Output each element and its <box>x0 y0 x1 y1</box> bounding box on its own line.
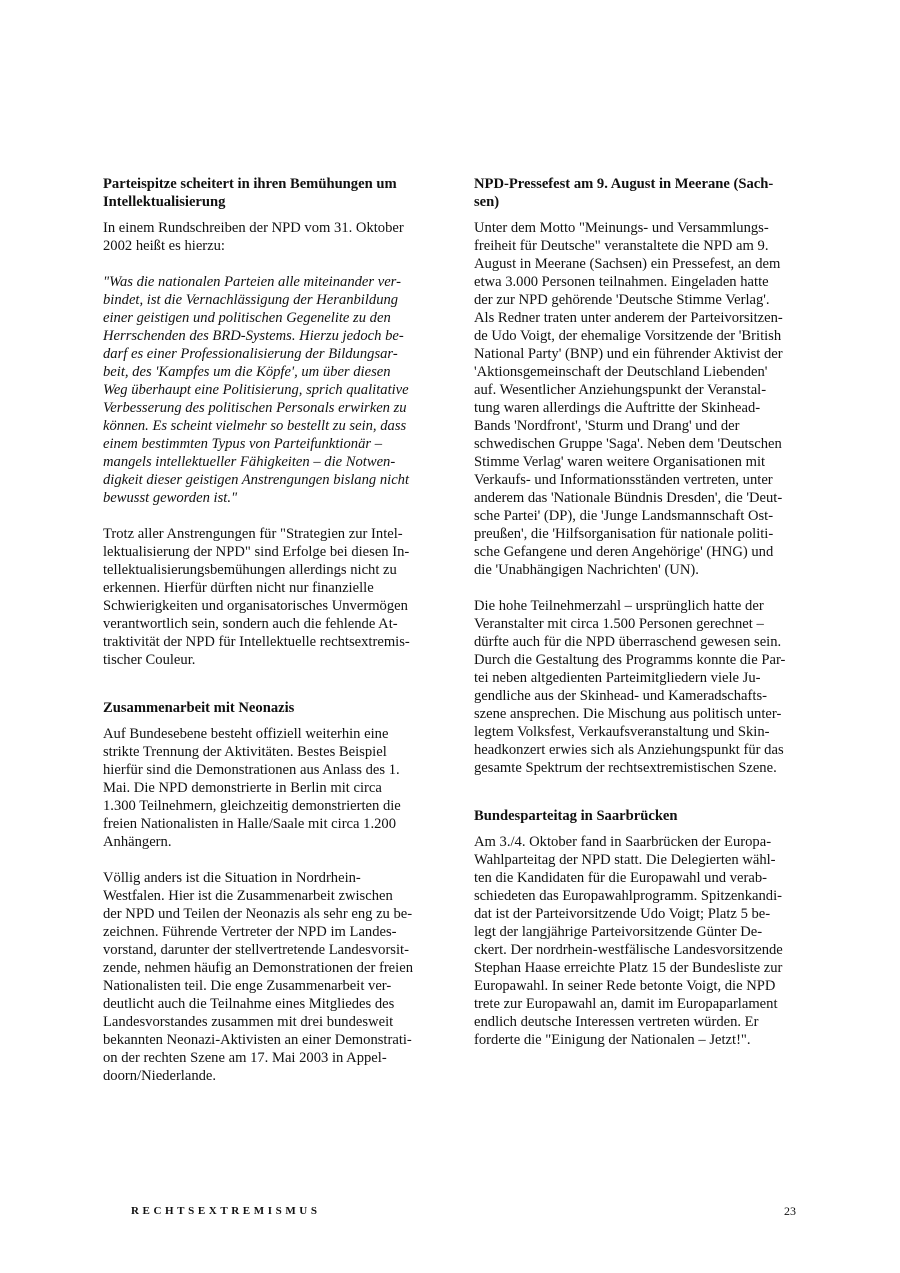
heading-line: Intellektualisierung <box>103 193 429 211</box>
text-line: Durch die Gestaltung des Programms konnt… <box>474 651 800 669</box>
text-line: ckert. Der nordrhein-westfälische Landes… <box>474 941 800 959</box>
text-line: Verkaufs- und Informationsständen vertre… <box>474 471 800 489</box>
section-heading: Parteispitze scheitert in ihren Bemühung… <box>103 175 429 211</box>
text-line: gesamte Spektrum der rechtsextremistisch… <box>474 759 800 777</box>
right-column: NPD-Pressefest am 9. August in Meerane (… <box>474 175 800 1049</box>
text-line: Herrschenden des BRD-Systems. Hierzu jed… <box>103 327 429 345</box>
text-line: auf. Wesentlicher Anziehungspunkt der Ve… <box>474 381 800 399</box>
text-line: Als Redner traten unter anderem der Part… <box>474 309 800 327</box>
text-line: legt der langjährige Parteivorsitzende G… <box>474 923 800 941</box>
text-line: trete zur Europawahl an, damit im Europa… <box>474 995 800 1013</box>
text-line: die 'Unabhängigen Nachrichten' (UN). <box>474 561 800 579</box>
text-line: einer geistigen und politischen Gegeneli… <box>103 309 429 327</box>
text-line: können. Es scheint vielmehr so bestellt … <box>103 417 429 435</box>
page-number: 23 <box>784 1204 796 1219</box>
text-line: on der rechten Szene am 17. Mai 2003 in … <box>103 1049 429 1067</box>
section-heading: NPD-Pressefest am 9. August in Meerane (… <box>474 175 800 211</box>
text-line: 'Aktionsgemeinschaft der Deutschland Lie… <box>474 363 800 381</box>
text-line: 2002 heißt es hierzu: <box>103 237 429 255</box>
text-line: endlich deutsche Interessen vertreten wü… <box>474 1013 800 1031</box>
text-line: Anhängern. <box>103 833 429 851</box>
text-line: Weg überhaupt eine Politisierung, sprich… <box>103 381 429 399</box>
text-line: "Was die nationalen Parteien alle mitein… <box>103 273 429 291</box>
text-line: tellektualisierungsbemühungen allerdings… <box>103 561 429 579</box>
text-line: freien Nationalisten in Halle/Saale mit … <box>103 815 429 833</box>
text-line: tung waren allerdings die Auftritte der … <box>474 399 800 417</box>
text-line: der NPD und Teilen der Neonazis als sehr… <box>103 905 429 923</box>
block-quote: "Was die nationalen Parteien alle mitein… <box>103 273 429 507</box>
body-paragraph: In einem Rundschreiben der NPD vom 31. O… <box>103 219 429 255</box>
text-line: ten die Kandidaten für die Europawahl un… <box>474 869 800 887</box>
text-line: headkonzert erwies sich als Anziehungspu… <box>474 741 800 759</box>
text-line: Europawahl. In seiner Rede betonte Voigt… <box>474 977 800 995</box>
text-line: der zur NPD gehörende 'Deutsche Stimme V… <box>474 291 800 309</box>
body-paragraph: Die hohe Teilnehmerzahl – ursprünglich h… <box>474 597 800 777</box>
text-line: anderem das 'Nationale Bündnis Dresden',… <box>474 489 800 507</box>
text-line: doorn/Niederlande. <box>103 1067 429 1085</box>
text-line: Trotz aller Anstrengungen für "Strategie… <box>103 525 429 543</box>
text-line: Unter dem Motto "Meinungs- und Versammlu… <box>474 219 800 237</box>
text-line: einem bestimmten Typus von Parteifunktio… <box>103 435 429 453</box>
heading-line: NPD-Pressefest am 9. August in Meerane (… <box>474 175 800 193</box>
text-line: hierfür sind die Demonstrationen aus Anl… <box>103 761 429 779</box>
text-line: freiheit für Deutsche" veranstaltete die… <box>474 237 800 255</box>
text-line: lektualisierung der NPD" sind Erfolge be… <box>103 543 429 561</box>
text-line: zende, nehmen häufig an Demonstrationen … <box>103 959 429 977</box>
heading-line: Zusammenarbeit mit Neonazis <box>103 699 429 717</box>
text-line: bindet, ist die Vernachlässigung der Her… <box>103 291 429 309</box>
body-paragraph: Am 3./4. Oktober fand in Saarbrücken der… <box>474 833 800 1049</box>
text-line: Veranstalter mit circa 1.500 Personen ge… <box>474 615 800 633</box>
body-paragraph: Auf Bundesebene besteht offiziell weiter… <box>103 725 429 851</box>
text-line: etwa 3.000 Personen teilnahmen. Eingelad… <box>474 273 800 291</box>
text-line: 1.300 Teilnehmern, gleichzeitig demonstr… <box>103 797 429 815</box>
text-line: Bands 'Nordfront', 'Sturm und Drang' und… <box>474 417 800 435</box>
text-line: preußen', die 'Hilfsorganisation für nat… <box>474 525 800 543</box>
text-line: gendliche aus der Skinhead- und Kamerads… <box>474 687 800 705</box>
text-line: Nationalisten teil. Die enge Zusammenarb… <box>103 977 429 995</box>
section-heading: Zusammenarbeit mit Neonazis <box>103 699 429 717</box>
text-line: traktivität der NPD für Intellektuelle r… <box>103 633 429 651</box>
text-line: sche Partei' (DP), die 'Junge Landsmanns… <box>474 507 800 525</box>
text-line: sche Gefangene und deren Angehörige' (HN… <box>474 543 800 561</box>
text-line: schiedeten das Europawahlprogramm. Spitz… <box>474 887 800 905</box>
text-line: deutlicht auch die Teilnahme eines Mitgl… <box>103 995 429 1013</box>
body-paragraph: Völlig anders ist die Situation in Nordr… <box>103 869 429 1085</box>
text-line: legtem Volksfest, Verkaufsveranstaltung … <box>474 723 800 741</box>
text-line: Die hohe Teilnehmerzahl – ursprünglich h… <box>474 597 800 615</box>
body-paragraph: Trotz aller Anstrengungen für "Strategie… <box>103 525 429 669</box>
text-line: verantwortlich sein, sondern auch die fe… <box>103 615 429 633</box>
text-line: strikte Trennung der Aktivitäten. Bestes… <box>103 743 429 761</box>
text-line: Auf Bundesebene besteht offiziell weiter… <box>103 725 429 743</box>
text-line: In einem Rundschreiben der NPD vom 31. O… <box>103 219 429 237</box>
heading-line: Parteispitze scheitert in ihren Bemühung… <box>103 175 429 193</box>
text-line: Stephan Haase erreichte Platz 15 der Bun… <box>474 959 800 977</box>
body-paragraph: Unter dem Motto "Meinungs- und Versammlu… <box>474 219 800 579</box>
section-spacer <box>103 669 429 699</box>
text-line: dat ist der Parteivorsitzende Udo Voigt;… <box>474 905 800 923</box>
text-line: Wahlparteitag der NPD statt. Die Delegie… <box>474 851 800 869</box>
section-heading: Bundesparteitag in Saarbrücken <box>474 807 800 825</box>
text-line: beit, des 'Kampfes um die Köpfe', um übe… <box>103 363 429 381</box>
text-line: mangels intellektueller Fähigkeiten – di… <box>103 453 429 471</box>
text-line: Am 3./4. Oktober fand in Saarbrücken der… <box>474 833 800 851</box>
text-line: tei neben altgedienten Parteimitgliedern… <box>474 669 800 687</box>
heading-line: Bundesparteitag in Saarbrücken <box>474 807 800 825</box>
text-line: Mai. Die NPD demonstrierte in Berlin mit… <box>103 779 429 797</box>
text-line: Stimme Verlag' waren weitere Organisatio… <box>474 453 800 471</box>
left-column: Parteispitze scheitert in ihren Bemühung… <box>103 175 429 1085</box>
text-line: Verbesserung des politischen Personals e… <box>103 399 429 417</box>
text-line: zeichnen. Führende Vertreter der NPD im … <box>103 923 429 941</box>
text-line: tischer Couleur. <box>103 651 429 669</box>
text-line: Landesvorstandes zusammen mit drei bunde… <box>103 1013 429 1031</box>
text-line: erkennen. Hierfür dürften nicht nur fina… <box>103 579 429 597</box>
text-line: bewusst geworden ist." <box>103 489 429 507</box>
text-line: Westfalen. Hier ist die Zusammenarbeit z… <box>103 887 429 905</box>
text-line: szene ansprechen. Die Mischung aus polit… <box>474 705 800 723</box>
text-line: de Udo Voigt, der ehemalige Vorsitzende … <box>474 327 800 345</box>
text-line: Völlig anders ist die Situation in Nordr… <box>103 869 429 887</box>
heading-line: sen) <box>474 193 800 211</box>
text-line: forderte die "Einigung der Nationalen – … <box>474 1031 800 1049</box>
text-line: August in Meerane (Sachsen) ein Pressefe… <box>474 255 800 273</box>
text-line: bekannten Neonazi-Aktivisten an einer De… <box>103 1031 429 1049</box>
text-line: schwedischen Gruppe 'Saga'. Neben dem 'D… <box>474 435 800 453</box>
running-footer-title: RECHTSEXTREMISMUS <box>131 1205 321 1217</box>
text-line: dürfte auch für die NPD überraschend gew… <box>474 633 800 651</box>
text-line: Schwierigkeiten und organisatorisches Un… <box>103 597 429 615</box>
text-line: vorstand, darunter der stellvertretende … <box>103 941 429 959</box>
text-line: National Party' (BNP) und ein führender … <box>474 345 800 363</box>
text-line: digkeit dieser geistigen Anstrengungen b… <box>103 471 429 489</box>
section-spacer <box>474 777 800 807</box>
text-line: darf es einer Professionalisierung der B… <box>103 345 429 363</box>
